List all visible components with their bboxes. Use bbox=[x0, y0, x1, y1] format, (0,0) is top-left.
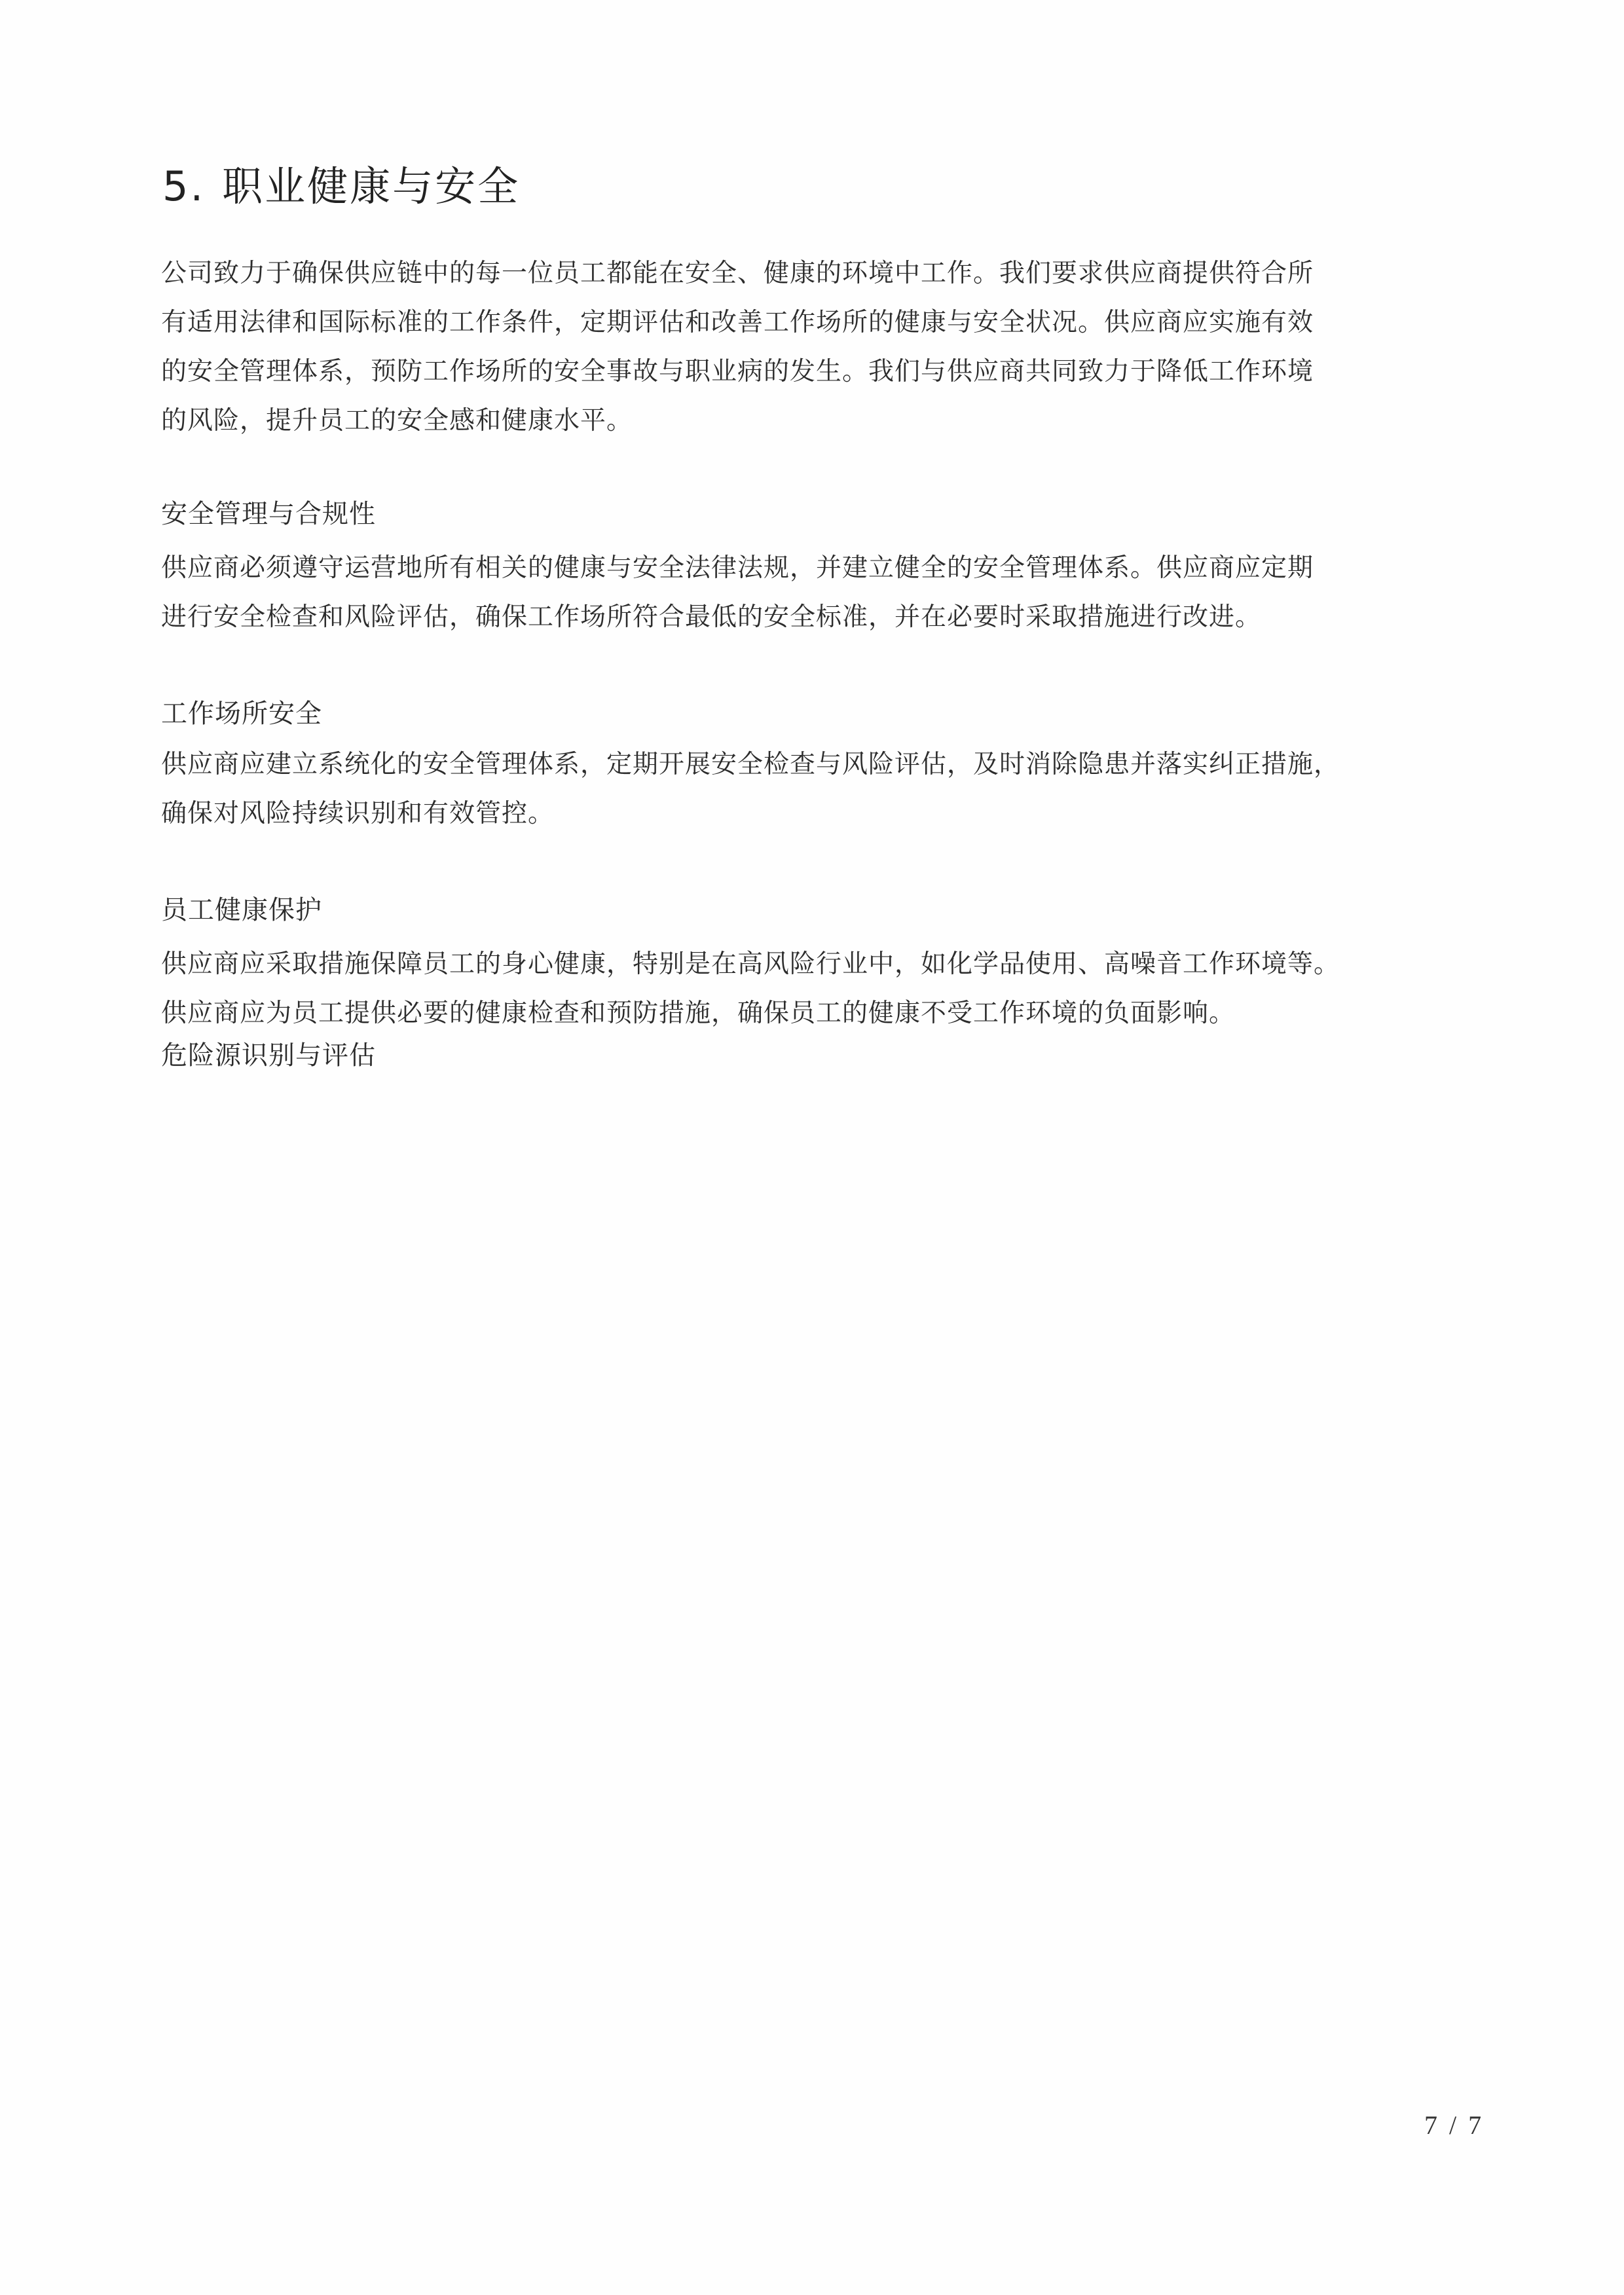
subsection-title-safety-management: 安全管理与合规性 bbox=[161, 494, 376, 534]
paragraph-line: 有适用法律和国际标准的工作条件，定期评估和改善工作场所的健康与安全状况。供应商应… bbox=[161, 298, 1504, 347]
subsection-body-safety-management: 供应商必须遵守运营地所有相关的健康与安全法律法规，并建立健全的安全管理体系。供应… bbox=[161, 543, 1504, 642]
paragraph-line: 供应商应建立系统化的安全管理体系，定期开展安全检查与风险评估，及时消除隐患并落实… bbox=[161, 740, 1504, 789]
subsection-title-workplace-safety: 工作场所安全 bbox=[161, 694, 322, 733]
document-page: 5.职业健康与安全 公司致力于确保供应链中的每一位员工都能在安全、健康的环境中工… bbox=[0, 0, 1624, 2295]
paragraph-line: 供应商应为员工提供必要的健康检查和预防措施，确保员工的健康不受工作环境的负面影响… bbox=[161, 989, 1504, 1038]
subsection-title-hazard-identification: 危险源识别与评估 bbox=[161, 1036, 376, 1075]
paragraph-line: 确保对风险持续识别和有效管控。 bbox=[161, 789, 1504, 838]
page-number: 7 / 7 bbox=[1424, 2110, 1484, 2140]
section-number: 5. bbox=[162, 162, 205, 210]
paragraph-line: 的风险，提升员工的安全感和健康水平。 bbox=[161, 396, 1504, 445]
intro-paragraph: 公司致力于确保供应链中的每一位员工都能在安全、健康的环境中工作。我们要求供应商提… bbox=[161, 249, 1504, 445]
paragraph-line: 供应商必须遵守运营地所有相关的健康与安全法律法规，并建立健全的安全管理体系。供应… bbox=[161, 543, 1504, 593]
subsection-title-employee-health: 员工健康保护 bbox=[161, 890, 322, 930]
subsection-body-employee-health: 供应商应采取措施保障员工的身心健康，特别是在高风险行业中，如化学品使用、高噪音工… bbox=[161, 940, 1504, 1038]
paragraph-line: 公司致力于确保供应链中的每一位员工都能在安全、健康的环境中工作。我们要求供应商提… bbox=[161, 249, 1504, 298]
section-title: 职业健康与安全 bbox=[222, 162, 520, 210]
paragraph-line: 供应商应采取措施保障员工的身心健康，特别是在高风险行业中，如化学品使用、高噪音工… bbox=[161, 940, 1504, 989]
paragraph-line: 的安全管理体系，预防工作场所的安全事故与职业病的发生。我们与供应商共同致力于降低… bbox=[161, 347, 1504, 396]
subsection-body-workplace-safety: 供应商应建立系统化的安全管理体系，定期开展安全检查与风险评估，及时消除隐患并落实… bbox=[161, 740, 1504, 838]
paragraph-line: 进行安全检查和风险评估，确保工作场所符合最低的安全标准，并在必要时采取措施进行改… bbox=[161, 593, 1504, 642]
section-heading: 5.职业健康与安全 bbox=[162, 160, 520, 213]
